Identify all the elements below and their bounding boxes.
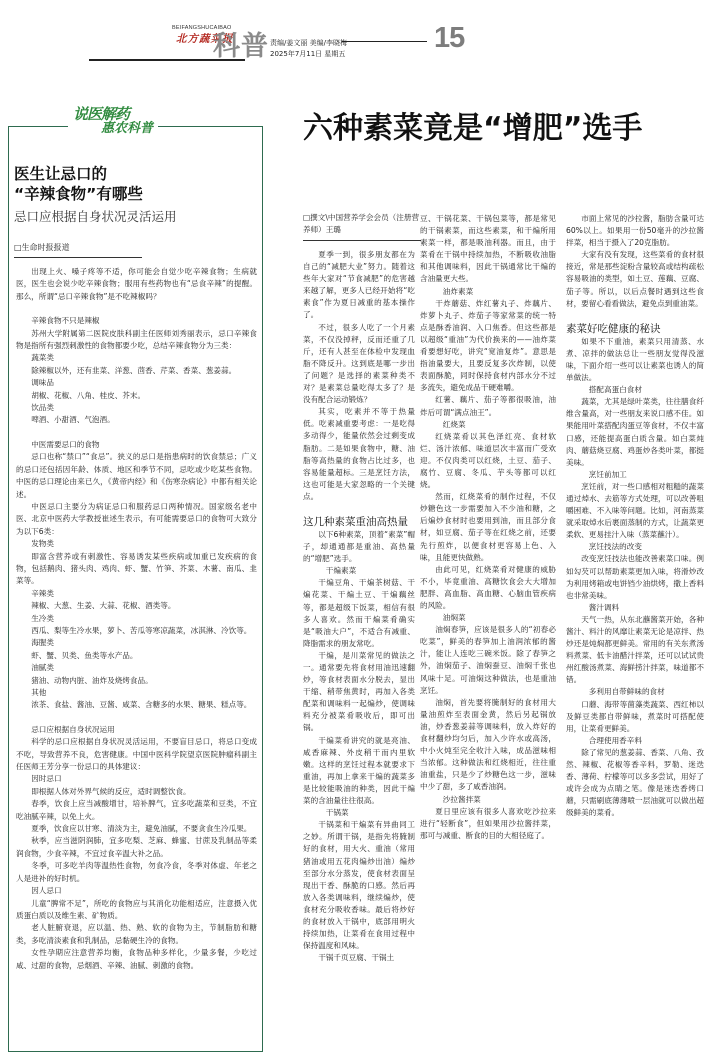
masthead-rule-right xyxy=(342,41,427,42)
left-article-byline: □生命时报报道 xyxy=(14,242,142,258)
masthead: BEIFANGSHUCAIBAO 北方蔬菜报 科普 责编/姜文丽 美编/李晓梅 … xyxy=(0,0,708,70)
paragraph: 以下6种素菜，顶着“素菜”帽子，却通通都是重油、高热量的“增肥”选手。 xyxy=(303,529,415,565)
paragraph: 干锅千页豆腐、干锅土 xyxy=(303,952,415,964)
paragraph: 西瓜、梨等生冷水果，萝卜、苦瓜等寒凉蔬菜，冰淇淋、冷饮等。 xyxy=(16,625,257,637)
subsection-heading: 酱汁调料 xyxy=(566,602,704,614)
paragraph: 如果不下重油，素菜只用清蒸、水煮、凉拌的做法总让一些朋友觉得没滋味，下面介绍一些… xyxy=(566,336,704,384)
column-logo: 说医解药 惠农科普 xyxy=(68,106,158,136)
paragraph: 大家有没有发现，这些菜肴的食材很接近，常是那些淀粉含量较高或结构疏松容易吸油的类… xyxy=(566,249,704,309)
paragraph: 出现上火、嗓子疼等不适，你可能会自觉少吃辛辣食物；生病就医，医生也会说少吃辛辣食… xyxy=(16,266,257,303)
section-heading: 辛辣食物不只是辣椒 xyxy=(16,315,257,327)
paragraph: 不过，很多人吃了一个月素菜，不仅没掉秤，反而还重了几斤，还有人甚至在体检中发现血… xyxy=(303,322,415,407)
paragraph: 干炸蘑菇、炸红薯丸子、炸藕片、炸萝卜丸子、炸茄子等家常菜的统一特点是酥香油润、入… xyxy=(420,298,556,395)
paragraph: 干锅菜和干煸菜有异曲同工之妙。所谓干锅，是指先将腌制好的食材，用大火、重油（常用… xyxy=(303,819,415,952)
column-logo-line1: 说医解药 xyxy=(73,106,153,122)
paragraph: 夏季，饮食应以甘寒、清淡为主，避免油腻，不要贪食生冷瓜果。 xyxy=(16,823,257,835)
subsection-heading: 红烧菜 xyxy=(420,419,556,431)
paragraph: 油焖，首先要将腌制好的食材用大量油煎炸至表面金黄，然后另起锅放油，炒香葱姜蒜等调… xyxy=(420,697,556,794)
right-article-column-2: 豆、干锅花菜、干锅包菜等，都是常见的干锅素菜，而这些素菜，和干煸所用素菜一样，都… xyxy=(420,213,556,842)
section-heading: 忌口应根据自身状况运用 xyxy=(16,724,257,736)
section-heading: 素菜好吃健康的秘诀 xyxy=(566,322,704,336)
paragraph: 除辣椒以外，还有韭菜、洋葱、茴香、芹菜、香菜、葱姜蒜。 xyxy=(16,365,257,377)
paragraph: 即富含营养或有刺激性、容易诱发某些疾病或加重已发疾病的食物，包括鹅肉、猪头肉、鸡… xyxy=(16,551,257,588)
paragraph: 烹饪前，对一些口感相对粗糙的蔬菜通过焯水、去筋等方式处理，可以改善咀嚼困难、不入… xyxy=(566,481,704,541)
paragraph: 辣椒、大葱、生姜、大蒜、花椒、酒类等。 xyxy=(16,600,257,612)
right-article-column-1: □撰文\中国营养学会会员（注册营养师）王璐 夏季一到，很多朋友都在为自己的“减肥… xyxy=(303,212,415,964)
paragraph: 干煸豆角、干煸茶树菇、干煸花菜、干煸土豆、干煸藕丝等，都是超级下饭菜，相信有很多… xyxy=(303,577,415,650)
paragraph: 忌口也称“禁口”“食忌”。狭义的忌口是指患病时的饮食禁忌；广义的忌口还包括因年龄… xyxy=(16,451,257,501)
paragraph: 红烧菜肴以其色泽红亮、食材软烂、汤汁浓郁、味道层次丰富而广受欢迎。不仅肉类可以红… xyxy=(420,431,556,491)
left-article-body: 出现上火、嗓子疼等不适，你可能会自觉少吃辛辣食物；生病就医，医生也会说少吃辛辣食… xyxy=(16,266,257,972)
paragraph: 由此可见，红烧菜肴对健康的威胁不小，毕竟重油、高糖饮食会大大增加肥胖、高血脂、高… xyxy=(420,564,556,612)
left-title-line1: 医生让忌口的 xyxy=(14,164,254,184)
left-article-subtitle: 忌口应根据自身状况灵活运用 xyxy=(14,207,177,225)
subsection-heading: 油焖菜 xyxy=(420,612,556,624)
page-number: 15 xyxy=(434,22,464,55)
subsection-heading: 干煸素菜 xyxy=(303,565,415,577)
paragraph: 天气一热，从东北蘸酱菜开始，各种酱汁、料汁的风靡让素菜无论是凉拌、热炒还是炖焖都… xyxy=(566,614,704,687)
subsection-heading: 多利用自带鲜味的食材 xyxy=(566,686,704,698)
subsection-heading: 发物类 xyxy=(16,538,257,550)
column-logo-line2: 惠农科普 xyxy=(101,122,153,136)
paragraph: 干煸，是川菜常见的做法之一。通常要先将食材用油迅速翻炒，等食材表面水分脱去，显出… xyxy=(303,650,415,735)
subsection-heading: 其他 xyxy=(16,687,257,699)
paragraph: 改变烹饪技法也能改善素菜口味。例如勾芡可以帮助素菜更加入味，将滑炒改为利用烤箱或… xyxy=(566,553,704,601)
issue-date: 2025年7月11日 星期五 xyxy=(270,49,345,59)
left-title-line2: “辛辣食物”有哪些 xyxy=(14,184,254,204)
paragraph: 冬季，可多吃羊肉等温热性食物，勿食冷食，冬季对体虚、年老之人是进补的好时机。 xyxy=(16,860,257,885)
paragraph: 即根据人体对外界气候的反应，适时调整饮食。 xyxy=(16,786,257,798)
subsection-heading: 因人忌口 xyxy=(16,885,257,897)
paragraph: 猪油、动物内脏、油炸及烧烤食品。 xyxy=(16,675,257,687)
subsection-heading: 辛辣类 xyxy=(16,588,257,600)
subsection-heading: 搭配高蛋白食材 xyxy=(566,384,704,396)
masthead-rule-left xyxy=(89,59,245,61)
section-title: 科普 xyxy=(213,24,269,63)
paragraph: 市面上常见的沙拉酱，脂肪含量可达60%以上。如果用一份50毫升的沙拉酱拌菜，相当… xyxy=(566,213,704,249)
section-heading: 这几种素菜重油高热量 xyxy=(303,515,415,529)
subsection-heading: 海腥类 xyxy=(16,637,257,649)
subsection-heading: 蔬菜类 xyxy=(16,352,257,364)
paragraph: 口蘑、海带等菌藻类蔬菜、西红柿以及鲜豆类都自带鲜味，煮菜时可搭配使用，让菜肴更鲜… xyxy=(566,699,704,735)
subsection-heading: 沙拉酱拌菜 xyxy=(420,794,556,806)
right-article-column-3: 市面上常见的沙拉酱，脂肪含量可达60%以上。如果用一份50毫升的沙拉酱拌菜，相当… xyxy=(566,213,704,820)
paragraph: 女性孕期应注意营养均衡，食物品种多样化，少量多餐，少吃过咸、过甜的食物，忌烟酒、… xyxy=(16,947,257,972)
paragraph: 浓茶、食盐、酱油、豆酱、咸菜、含糖多的水果、糖果、糕点等。 xyxy=(16,699,257,711)
paragraph: 啤酒、小甜酒、气泡酒。 xyxy=(16,414,257,426)
editors-credit: 责编/姜文丽 美编/李晓梅 xyxy=(270,38,347,48)
paragraph: 科学的忌口应根据自身状况灵活运用，不要盲目忌口，将忌口变成不吃，导致营养不良，危… xyxy=(16,736,257,773)
paragraph: 除了常见的葱姜蒜、香菜、八角、孜然、辣椒、花椒等香辛料，罗勒、迷迭香、薄荷、柠檬… xyxy=(566,747,704,820)
paragraph: 虾、蟹、贝类、鱼类等水产品。 xyxy=(16,650,257,662)
paragraph: 红薯、藕片、茄子等都很吸油，油炸后可谓“满点油王”。 xyxy=(420,394,556,418)
subsection-heading: 生冷类 xyxy=(16,613,257,625)
paragraph: 儿童“脾常不足”，所吃的食物应与其消化功能相适应，注意摄入优质蛋白质以及维生素、… xyxy=(16,898,257,923)
paragraph: 豆、干锅花菜、干锅包菜等，都是常见的干锅素菜，而这些素菜，和干煸所用素菜一样，都… xyxy=(420,213,556,286)
paragraph: 春季，饮食上应当减酸增甘，培补脾气，宜多吃蔬菜和豆类，不宜吃油腻辛辣，以免上火。 xyxy=(16,798,257,823)
right-article-title: 六种素菜竟是“增肥”选手 xyxy=(303,103,642,147)
subsection-heading: 合理使用香辛料 xyxy=(566,735,704,747)
subsection-heading: 烹饪前加工 xyxy=(566,469,704,481)
subsection-heading: 调味品 xyxy=(16,377,257,389)
subsection-heading: 饮品类 xyxy=(16,402,257,414)
subsection-heading: 烹饪技法的改变 xyxy=(566,541,704,553)
paragraph: 苏州大学附属第二医院皮肤科副主任医师刘秀丽表示，忌口辛辣食物是指所有强烈刺激性的… xyxy=(16,328,257,353)
paragraph: 秋季，应当滋阴润肺，宜多吃梨、芝麻、蜂蜜、甘蔗及乳制品等柔润食物，少食辛辣，不宜… xyxy=(16,835,257,860)
section-heading: 中医需要忌口的食物 xyxy=(16,439,257,451)
subsection-heading: 干锅菜 xyxy=(303,807,415,819)
paragraph: 其实，吃素并不等于热量低。吃素减重要考虑：一是吃得多动得少，能量依然会过剩变成脂… xyxy=(303,406,415,503)
paragraph: 蔬菜，尤其是绿叶菜类，往往膳食纤维含量高，对一些朋友来说口感不佳。如果能用叶菜搭… xyxy=(566,396,704,469)
paragraph: 干煸菜肴讲究的就是亮油、咸香麻辣、外皮稍干而内里软嫩。这样的烹饪过程本就要求下重… xyxy=(303,735,415,808)
subsection-heading: 油炸素菜 xyxy=(420,286,556,298)
paragraph: 胡椒、花椒、八角、桂皮、芥末。 xyxy=(16,390,257,402)
paragraph: 然而，红烧菜肴的制作过程，不仅炒糖色这一步需要加入不少油和糖，之后煸炒食材时也要… xyxy=(420,491,556,564)
right-article-byline: □撰文\中国营养学会会员（注册营养师）王璐 xyxy=(303,212,421,241)
paragraph: 夏日里应该有很多人喜欢吃沙拉来进行“轻断食”，但如果用沙拉酱拌菜，那可与减重、断… xyxy=(420,806,556,842)
subsection-heading: 因时忌口 xyxy=(16,773,257,785)
left-article-title: 医生让忌口的 “辛辣食物”有哪些 xyxy=(14,164,254,204)
paragraph: 中医忌口主要分为病证忌口和服药忌口两种情况。国家级名老中医、北京中医药大学教授崔… xyxy=(16,501,257,538)
paragraph: 夏季一到，很多朋友都在为自己的“减肥大业”努力。随着这些年大家对“节食减肥”的危… xyxy=(303,249,415,322)
paragraph: 老人脏腑衰退，应以温、热、熟、软的食物为主，节制脂肪和糖类，多吃清淡素食和乳制品… xyxy=(16,922,257,947)
paragraph: 油焖春笋，应该是很多人的“初春必吃菜”，鲜美的春笋加上油润浓郁的酱汁，能让人连吃… xyxy=(420,624,556,697)
subsection-heading: 油腻类 xyxy=(16,662,257,674)
